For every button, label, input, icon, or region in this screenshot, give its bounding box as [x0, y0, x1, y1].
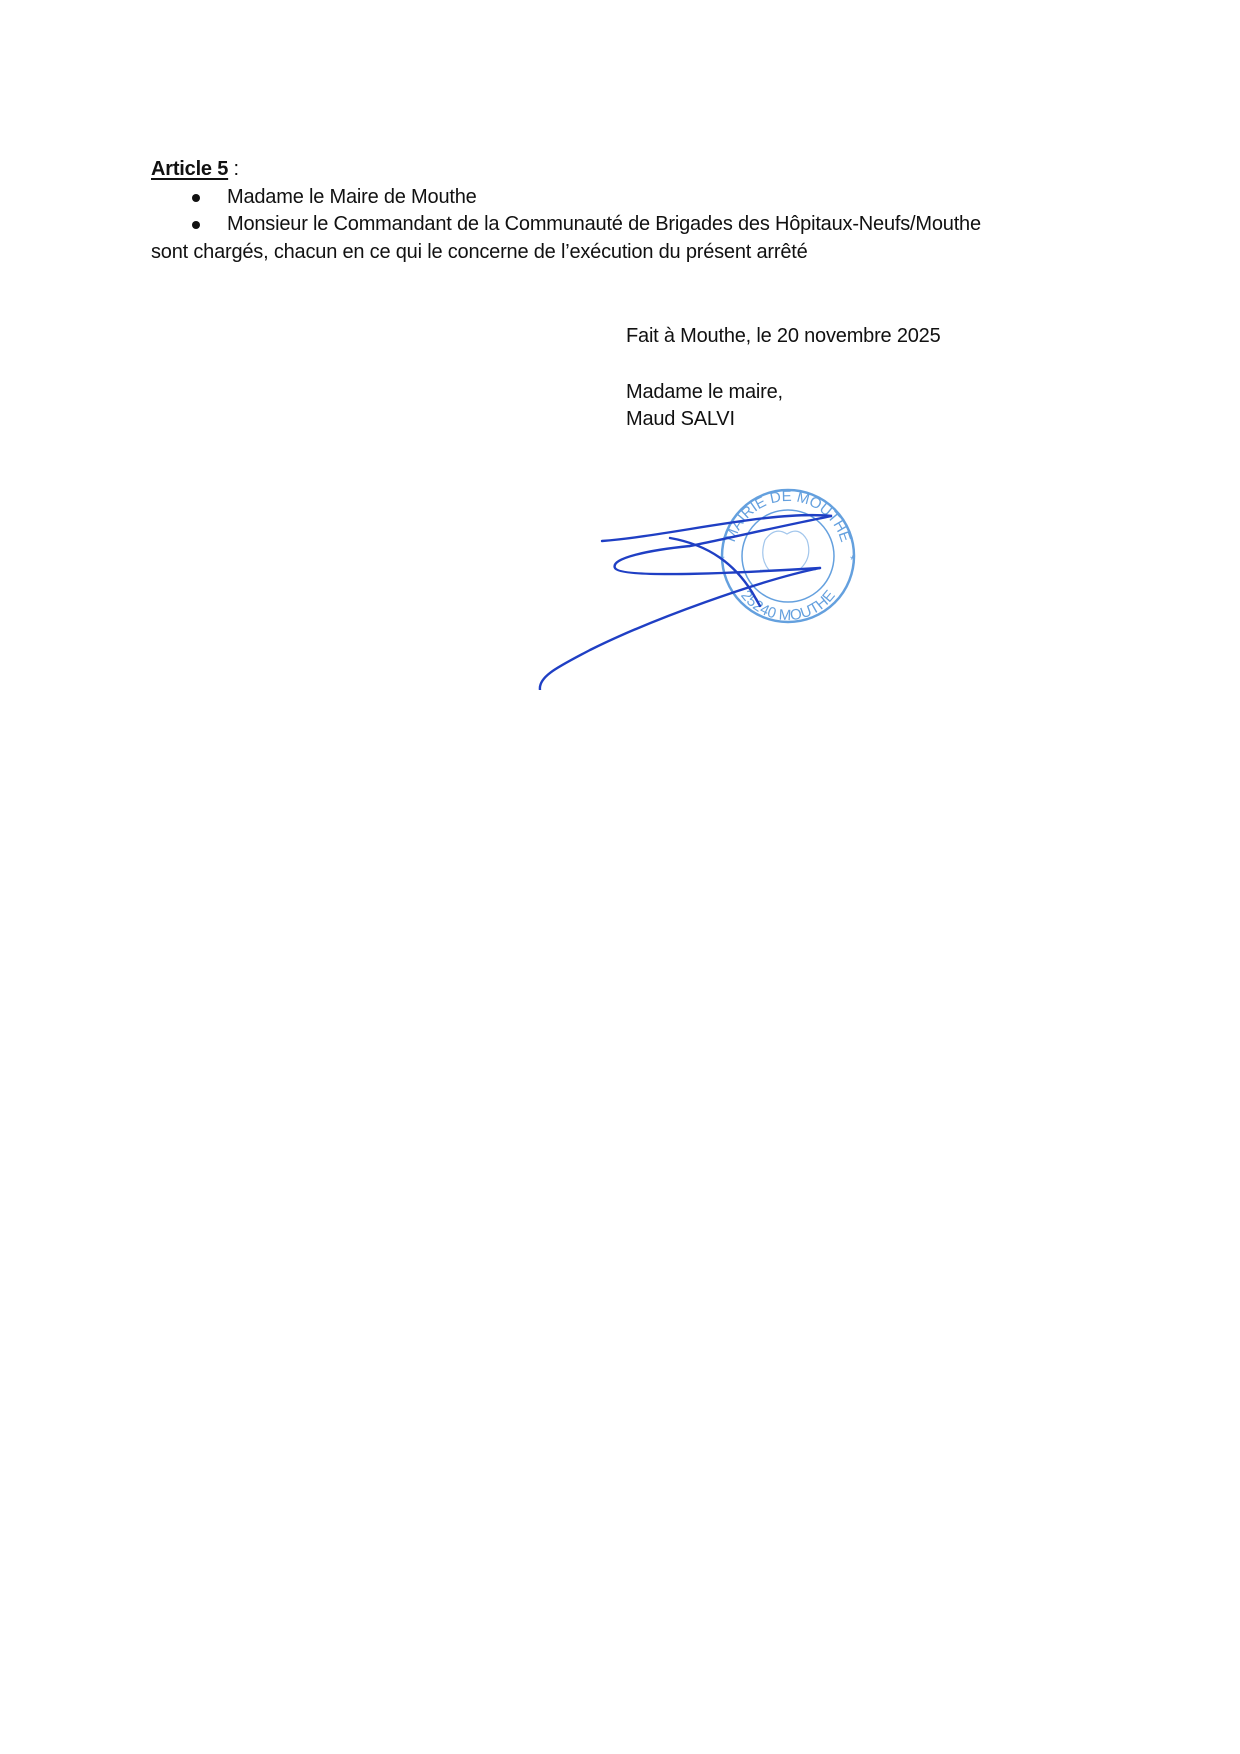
article-heading: Article 5 : [151, 157, 239, 181]
article-title-suffix: : [228, 158, 239, 180]
article-title: Article 5 [151, 158, 228, 180]
bullet-icon [192, 194, 200, 202]
bullet-icon [192, 221, 200, 229]
list-item: Monsieur le Commandant de la Communauté … [227, 212, 981, 236]
signatory-role: Madame le maire, [626, 380, 783, 404]
place-date: Fait à Mouthe, le 20 novembre 2025 [626, 324, 941, 348]
document-page: Article 5 : Madame le Maire de Mouthe Mo… [0, 0, 1240, 1754]
list-item: Madame le Maire de Mouthe [227, 185, 477, 209]
article-conclusion: sont chargés, chacun en ce qui le concer… [151, 240, 808, 264]
signatory-name: Maud SALVI [626, 407, 735, 431]
svg-text:*: * [850, 553, 855, 567]
signature-stamp-area: MAIRIE DE MOUTHE 25240 MOUTHE * * [520, 470, 880, 690]
official-stamp-icon: MAIRIE DE MOUTHE 25240 MOUTHE * * [720, 488, 855, 624]
